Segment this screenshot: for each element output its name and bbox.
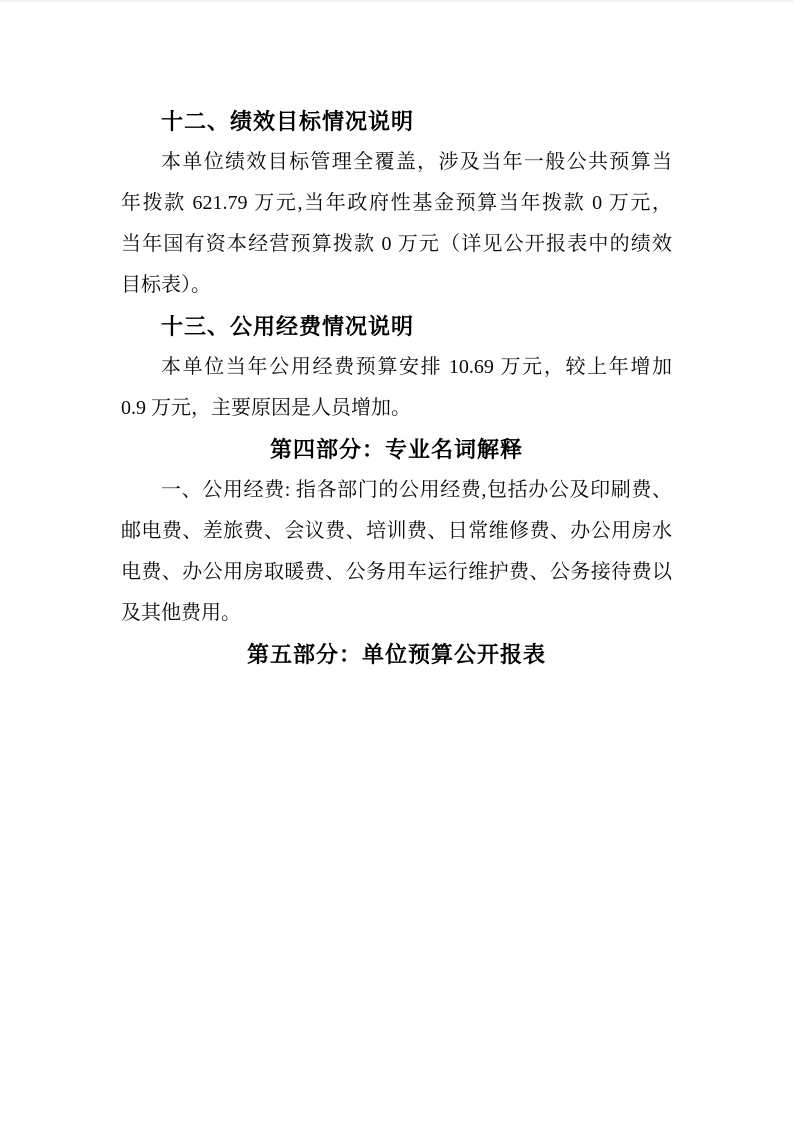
paragraph-performance-line-3: 当年国有资本经营预算拨款 0 万元（详见公开报表中的绩效 (121, 224, 672, 265)
section-heading-public-funds: 十三、公用经费情况说明 (121, 306, 672, 347)
paragraph-terminology-line-3: 电费、办公用房取暖费、公务用车运行维护费、公务接待费以 (121, 552, 672, 593)
paragraph-terminology-line-1: 一、公用经费: 指各部门的公用经费,包括办公及印刷费、 (121, 470, 672, 511)
section-heading-performance-targets: 十二、绩效目标情况说明 (121, 101, 672, 142)
part-title-public-budget-tables: 第五部分：单位预算公开报表 (121, 634, 672, 675)
paragraph-public-funds-line-2: 0.9 万元，主要原因是人员增加。 (121, 388, 672, 429)
paragraph-performance-line-1: 本单位绩效目标管理全覆盖，涉及当年一般公共预算当 (121, 142, 672, 183)
paragraph-public-funds-line-1: 本单位当年公用经费预算安排 10.69 万元，较上年增加 (121, 347, 672, 388)
paragraph-performance-line-2: 年拨款 621.79 万元,当年政府性基金预算当年拨款 0 万元， (121, 183, 672, 224)
paragraph-terminology-line-2: 邮电费、差旅费、会议费、培训费、日常维修费、办公用房水 (121, 511, 672, 552)
document-content: 十二、绩效目标情况说明 本单位绩效目标管理全覆盖，涉及当年一般公共预算当 年拨款… (121, 101, 672, 675)
document-page: 十二、绩效目标情况说明 本单位绩效目标管理全覆盖，涉及当年一般公共预算当 年拨款… (0, 0, 793, 1122)
part-title-terminology: 第四部分：专业名词解释 (121, 429, 672, 470)
paragraph-terminology-line-4: 及其他费用。 (121, 593, 672, 634)
paragraph-performance-line-4: 目标表）。 (121, 265, 672, 306)
